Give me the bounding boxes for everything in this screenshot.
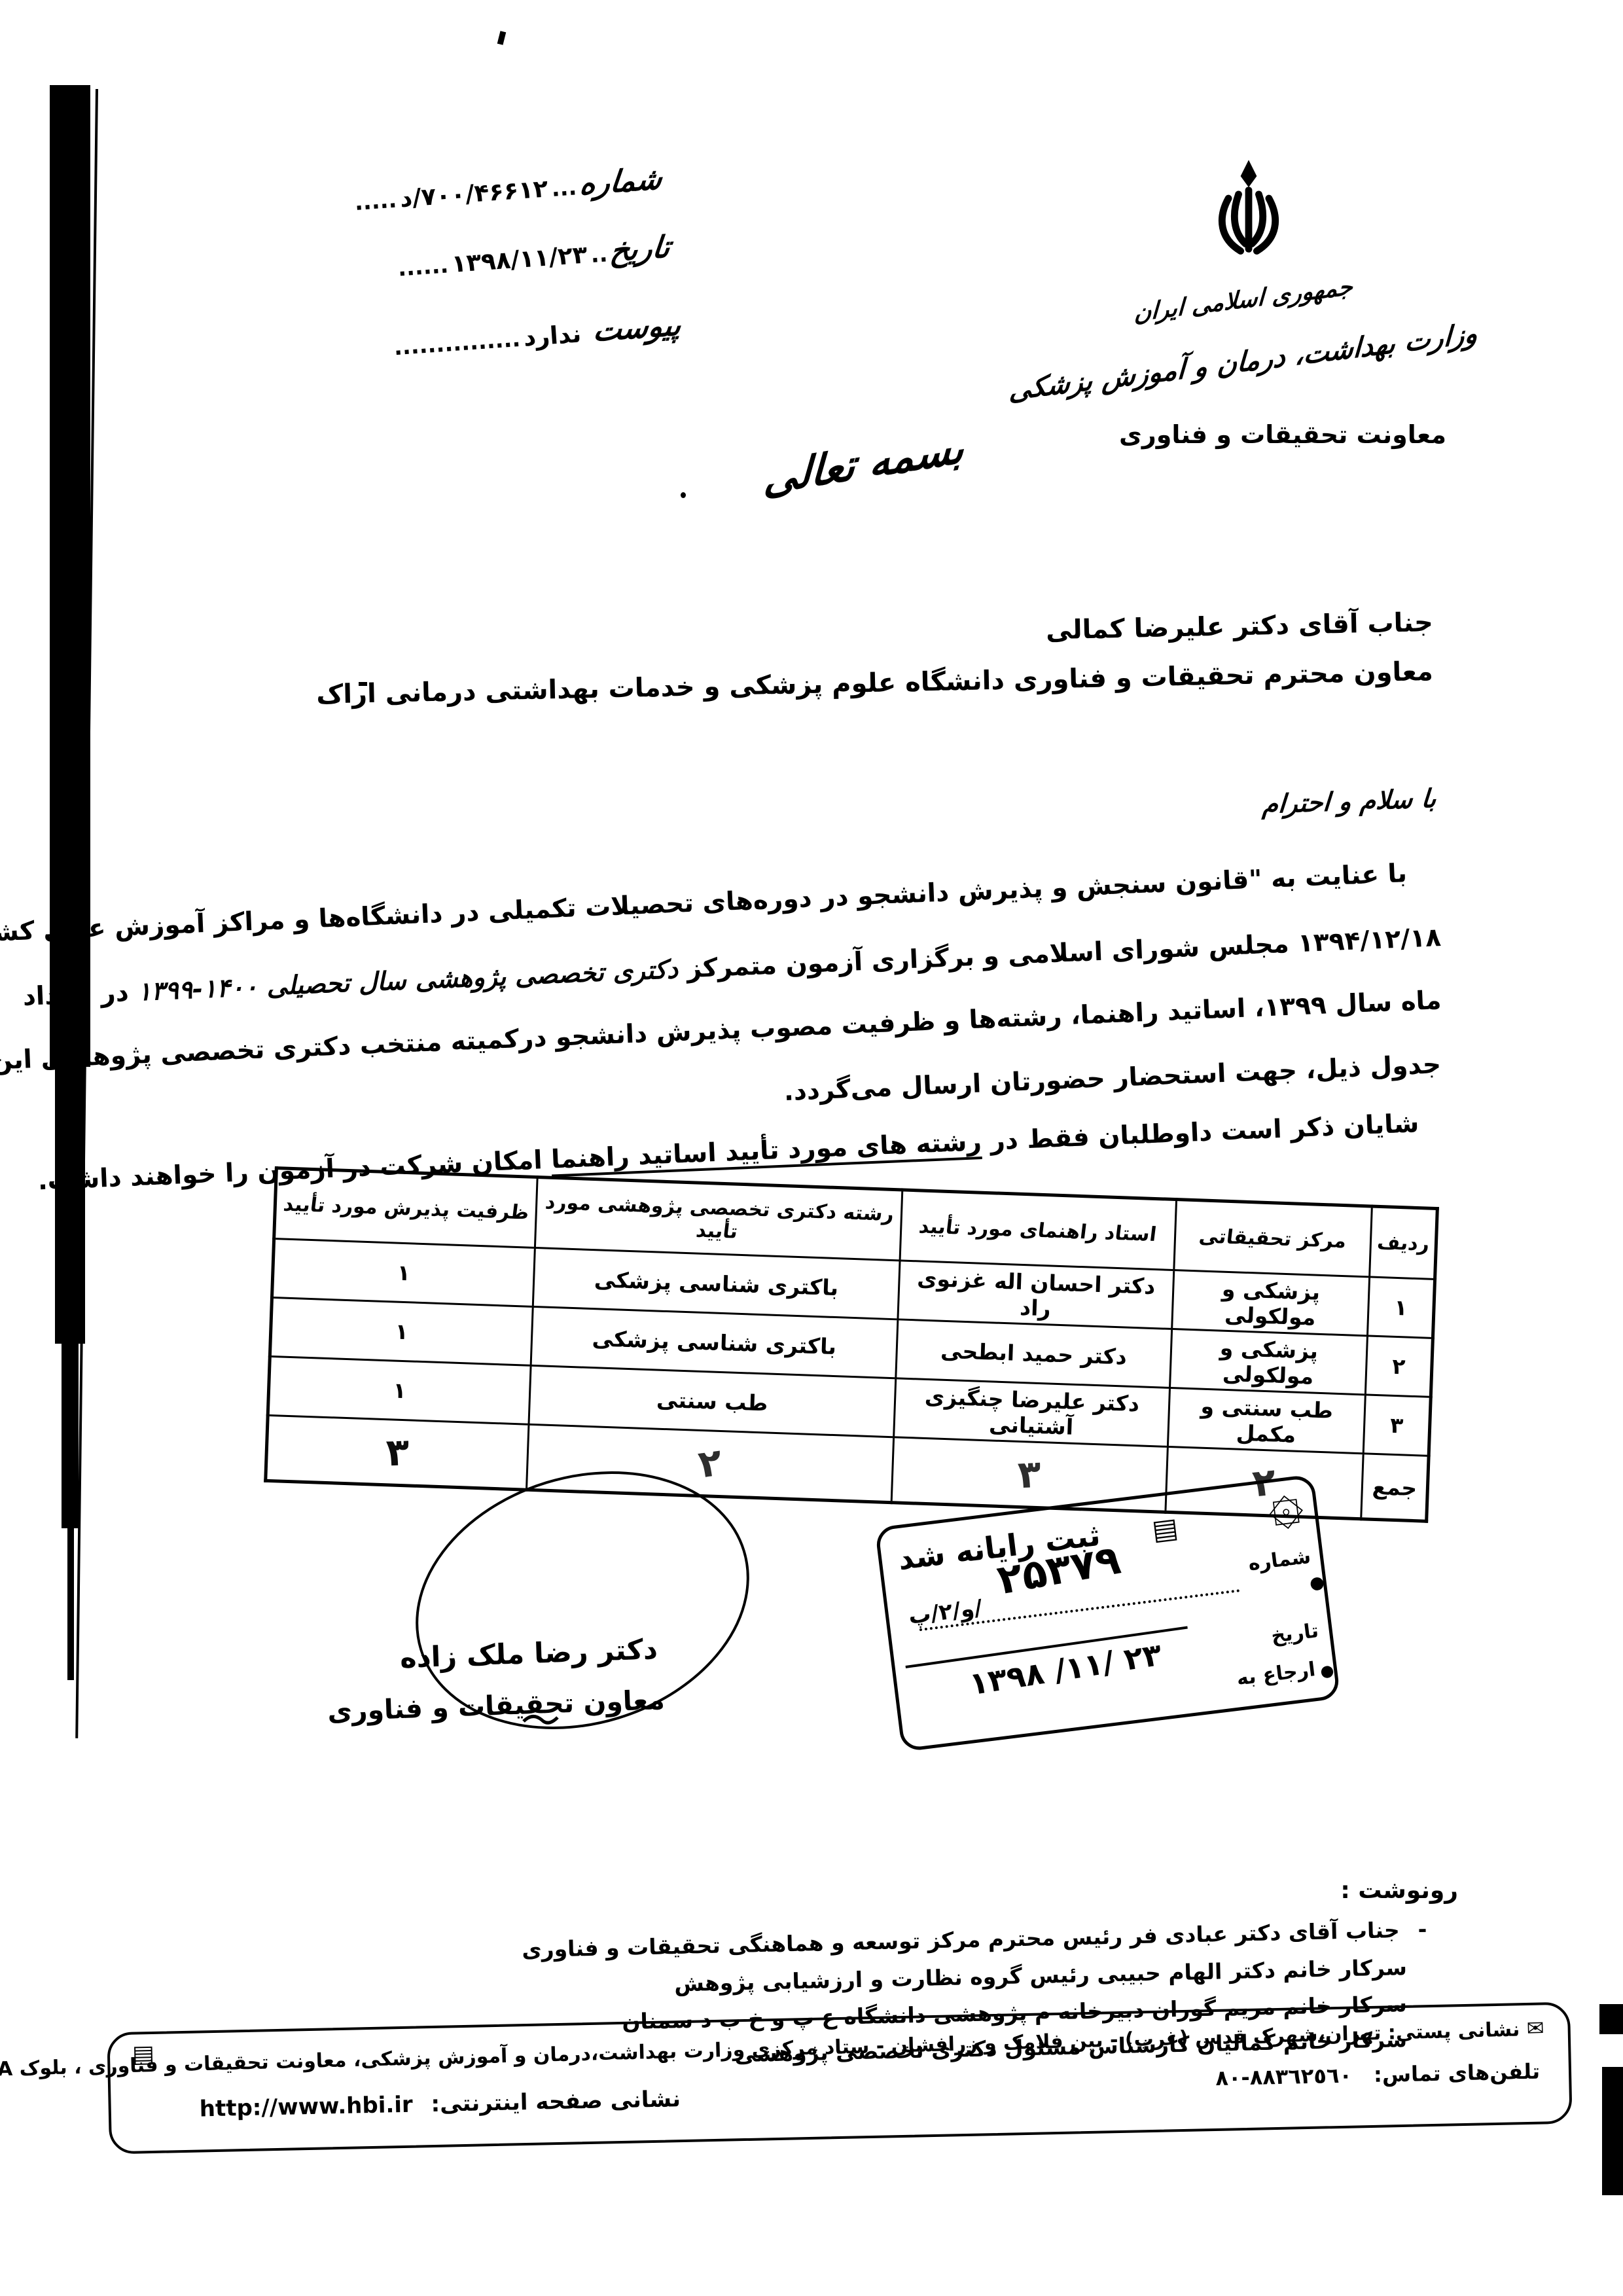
cell-research-center: پزشکی و مولکولی	[1171, 1270, 1369, 1336]
recipient-name: جناب آقای دکتر علیرضا کمالی	[1046, 607, 1434, 645]
body-line-4: جدول ذیل، جهت استحضار حضورتان ارسال می‌گ…	[783, 1050, 1442, 1107]
dots: ......	[397, 252, 449, 281]
letter-date-label: تاریخ	[609, 228, 672, 268]
col-header-field: رشته دکتری تخصصی پژوهشی مورد تأیید	[531, 1177, 905, 1261]
scan-artifact-left-bar	[62, 1342, 79, 1528]
footer-phones-value: ۸۸۳٦۲٥٦۰-۸۰	[1215, 2063, 1352, 2090]
letter-number-line: شماره ... ۷۰۰/۴۶۶۱۲/د .....	[353, 160, 662, 217]
stamp-number-label: شماره	[1247, 1545, 1311, 1575]
col-header-row-number: ردیف	[1366, 1206, 1440, 1279]
body-line-2-end: در خرداد	[22, 978, 138, 1012]
letter-attachment-line: پیوست ندارد ...............	[393, 307, 683, 363]
registration-stamp: ۞ ▤ ثبت رایانه شد شماره ● ۲۵۳۷۹ /و/۲/پ ت…	[874, 1474, 1340, 1752]
cc-dash: -	[1418, 1916, 1427, 1942]
handwritten-sum: ۳	[1017, 1452, 1043, 1498]
footer-website-label: نشانی صفحه اینترنتی:	[431, 2086, 681, 2117]
body-line-2-emphasis: دکتری تخصصی پژوهشی سال تحصیلی ۱۴۰۰-۱۳۹۹	[137, 955, 679, 1007]
scan-artifact-right-blob	[1602, 2067, 1623, 2195]
col-header-research-center: مرکز تحقیقاتی	[1171, 1200, 1375, 1277]
scanned-letter-page: شماره ... ۷۰۰/۴۶۶۱۲/د ..... تاریخ .. ۱۳۹…	[0, 0, 1623, 2296]
cc-item: -جناب آقای دکتر عبادی فر رئیس محترم مرکز…	[522, 1916, 1427, 1962]
body-line-5-start: شایان ذکر است داوطلبان فقط در	[981, 1109, 1419, 1157]
letter-number-value: ۷۰۰/۴۶۶۱۲/د	[399, 174, 549, 213]
dots: ...	[550, 174, 577, 202]
col-header-capacity: ظرفیت پذیرش مورد تأیید	[271, 1168, 541, 1248]
gov-line-1: جمهوری اسلامی ایران	[1061, 264, 1426, 336]
cell-supervisor: دکتر حمید ابطحی	[896, 1319, 1172, 1388]
cell-research-center: طب سنتی و مکمل	[1168, 1388, 1365, 1453]
letter-number-label: شماره	[578, 160, 664, 202]
cell-research-center: پزشکی و مولکولی	[1169, 1329, 1367, 1394]
cc-item: سرکار خانم دکتر الهام حبیبی رئیس گروه نظ…	[674, 1954, 1407, 1996]
cc-item-text: جناب آقای دکتر عبادی فر رئیس محترم مرکز …	[522, 1917, 1400, 1962]
cell-capacity: ۱	[268, 1356, 531, 1424]
dots: ..	[590, 241, 609, 268]
cell-row-number: ۱	[1367, 1277, 1435, 1338]
stamp-document-icon: ▤	[1150, 1514, 1180, 1545]
signature-scribble	[366, 1460, 785, 1787]
cc-item-text: سرکار خانم دکتر الهام حبیبی رئیس گروه نظ…	[674, 1954, 1407, 1996]
cell-supervisor: دکتر احسان اله غزنوی راد	[898, 1261, 1174, 1329]
letter-attachment-label: پیوست	[592, 306, 683, 348]
stamp-handwritten-date: ۲۳ /۱۱/ ۱۳۹۸	[967, 1637, 1165, 1703]
col-header-supervisor: استاد راهنمای مورد تأیید	[897, 1190, 1179, 1270]
dots: .....	[353, 187, 397, 216]
besmele: بسمه تعالی	[727, 418, 1001, 510]
letterhead-fields: شماره ... ۷۰۰/۴۶۶۱۲/د ..... تاریخ .. ۱۳۹…	[197, 160, 660, 193]
cell-capacity: ۱	[272, 1239, 535, 1307]
footer-phones-line: تلفن‌های تماس: ۸۸۳٦۲٥٦۰-۸۰	[1215, 2059, 1540, 2090]
cell-row-number: ۲	[1365, 1336, 1433, 1397]
bullet-dot: ●	[1308, 1572, 1325, 1594]
letter-attachment-value: ندارد	[522, 319, 582, 351]
letter-date-line: تاریخ .. ۱۳۹۸/۱۱/۲۳ ......	[397, 229, 672, 283]
envelope-icon: ✉	[1526, 2015, 1544, 2041]
body-line-5-underlined: رشته های مورد تأیید اساتید راهنما	[550, 1127, 982, 1175]
scan-artifact-right-blob	[1599, 2004, 1623, 2034]
stamp-ornament-icon: ۞	[1264, 1470, 1306, 1534]
footer-phones-label: تلفن‌های تماس:	[1374, 2059, 1541, 2087]
scan-speck	[497, 31, 507, 45]
stamp-referral-label: ارجاع به	[1236, 1658, 1317, 1690]
footer-website-url: http://www.hbi.ir	[199, 2092, 413, 2123]
cc-label: رونوشت :	[1340, 1877, 1458, 1904]
letter-date-value: ۱۳۹۸/۱۱/۲۳	[451, 240, 588, 278]
deputy-title: معاونت تحقیقات و فناوری	[1113, 420, 1453, 449]
cell-capacity: ۱	[270, 1297, 533, 1365]
footer-contact-box: ✉ نشانی پستی: تهران،شهرک قدس (غرب) - بین…	[107, 2002, 1572, 2155]
stamp-corner-icon: ▤	[132, 2041, 155, 2068]
bullet-dot: ●	[1319, 1661, 1335, 1681]
sum-label-cell: جمع	[1361, 1454, 1429, 1521]
salutation: با سلام و احترام	[1262, 784, 1438, 819]
iri-emblem-icon	[1196, 152, 1301, 263]
stamp-date-label: تاریخ	[1270, 1619, 1319, 1648]
body-line-2-start: ۱۳۹۴/۱۲/۱۸ مجلس شورای اسلامی و برگزاری آ…	[677, 923, 1442, 984]
cell-supervisor: دکتر علیرضا چنگیزی آشتیانی	[894, 1378, 1170, 1447]
cell-row-number: ۳	[1363, 1395, 1431, 1456]
scan-speck	[681, 492, 686, 498]
recipient-title: معاون محترم تحقیقات و فناوری دانشگاه علو…	[316, 656, 1433, 710]
scan-artifact-left-bar	[67, 1526, 74, 1680]
dots: ...............	[393, 326, 521, 361]
footer-website-line: نشانی صفحه اینترنتی: http://www.hbi.ir	[199, 2086, 681, 2122]
